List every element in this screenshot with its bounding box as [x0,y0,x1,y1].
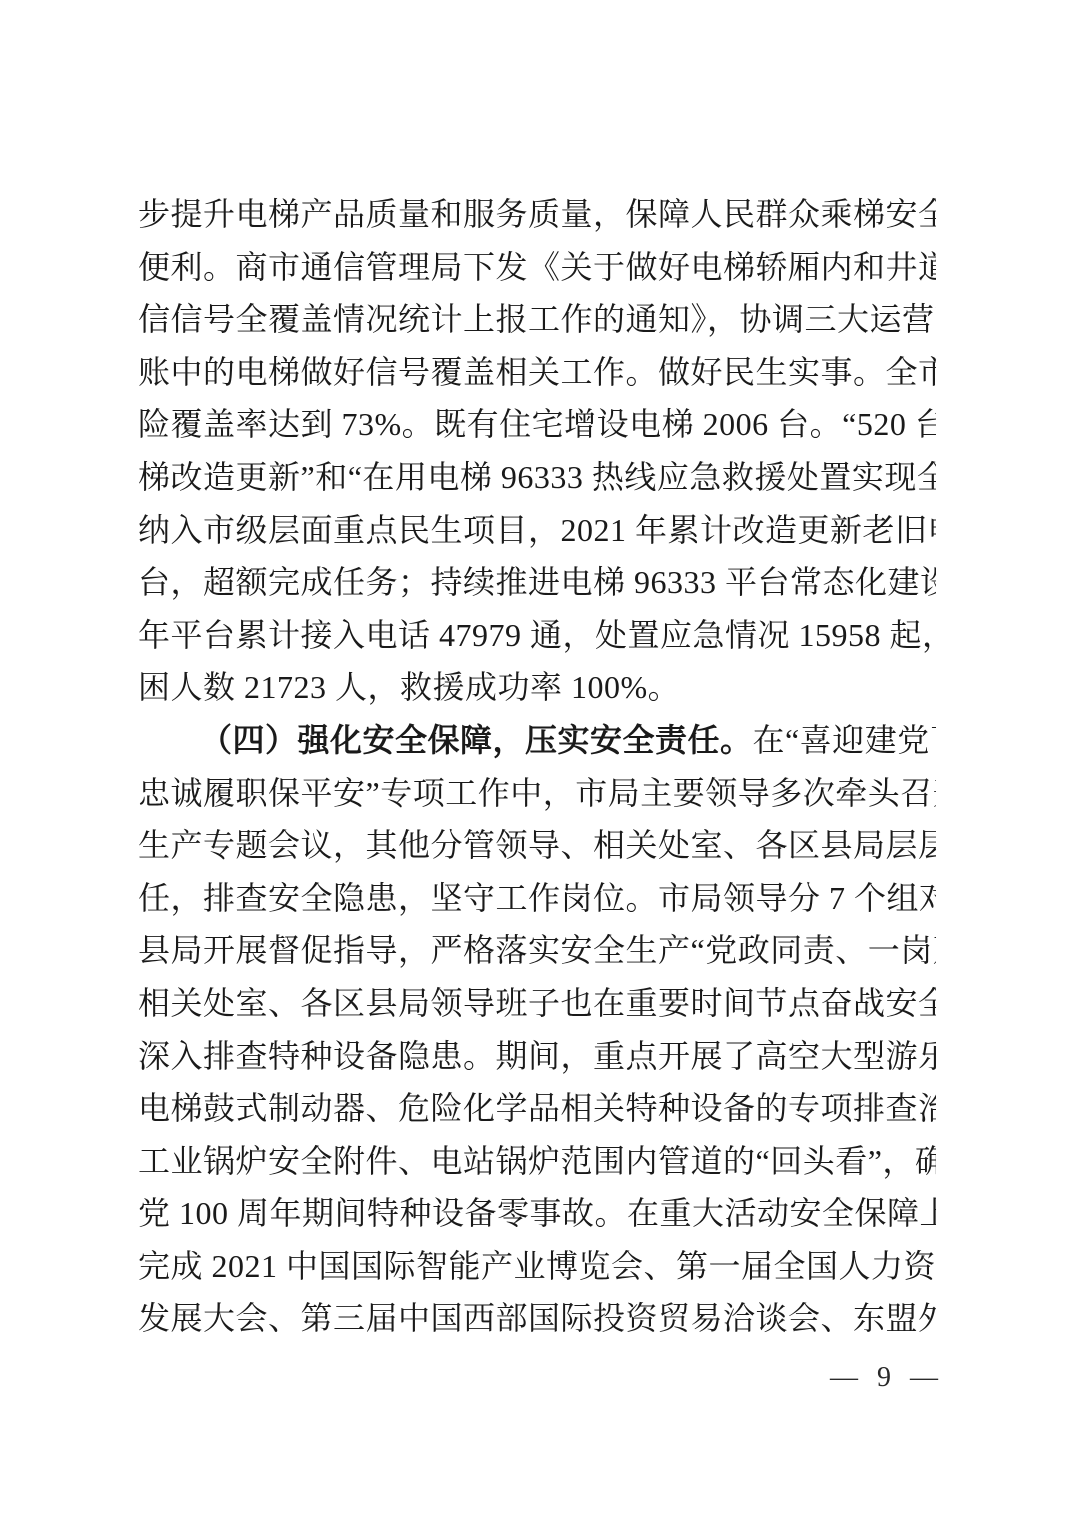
body-line: 便利。商市通信管理局下发《关于做好电梯轿厢内和井道移动通 [138,241,936,294]
body-line: 电梯鼓式制动器、危险化学品相关特种设备的专项排查治理以及 [138,1082,936,1135]
body-line: 梯改造更新”和“在用电梯 96333 热线应急救援处置实现全覆盖” [138,451,936,504]
body-line: 工业锅炉安全附件、电站锅炉范围内管道的“回头看”，确保了建 [138,1135,936,1188]
body-line: 台，超额完成任务；持续推进电梯 96333 平台常态化建设，2021 [138,556,936,609]
body-line: 发展大会、第三届中国西部国际投资贸易洽谈会、东盟外长会等 [138,1292,936,1345]
body-line: 年平台累计接入电话 47979 通，处置应急情况 15958 起，解救被 [138,609,936,662]
document-page: 步提升电梯产品质量和服务质量，保障人民群众乘梯安全和出行 便利。商市通信管理局下… [0,0,1074,1520]
body-line: 步提升电梯产品质量和服务质量，保障人民群众乘梯安全和出行 [138,188,936,241]
body-line: 县局开展督促指导，严格落实安全生产“党政同责、一岗双责”。 [138,924,936,977]
body-line: 任，排查安全隐患，坚守工作岗位。市局领导分 7 个组对全市区 [138,872,936,925]
section-heading-bold: （四）强化安全保障，压实安全责任。 [200,722,753,758]
body-line: 生产专题会议，其他分管领导、相关处室、各区县局层层压实责 [138,819,936,872]
body-line: 党 100 周年期间特种设备零事故。在重大活动安全保障上，圆满 [138,1187,936,1240]
body-line: 纳入市级层面重点民生项目，2021 年累计改造更新老旧电梯 880 [138,504,936,557]
body-line-paragraph-end: 困人数 21723 人，救援成功率 100%。 [138,661,936,714]
body-line: 账中的电梯做好信号覆盖相关工作。做好民生实事。全市电梯保 [138,346,936,399]
section-heading-line: （四）强化安全保障，压实安全责任。在“喜迎建党百周年、 [138,714,936,767]
body-line: 忠诚履职保平安”专项工作中，市局主要领导多次牵头召开安全 [138,767,936,820]
section-heading-rest: 在“喜迎建党百周年、 [753,722,936,758]
body-text-block: 步提升电梯产品质量和服务质量，保障人民群众乘梯安全和出行 便利。商市通信管理局下… [138,188,936,1345]
body-line: 相关处室、各区县局领导班子也在重要时间节点奋战安全一线， [138,977,936,1030]
body-line: 完成 2021 中国国际智能产业博览会、第一届全国人力资源服务业 [138,1240,936,1293]
body-line: 深入排查特种设备隐患。期间，重点开展了高空大型游乐设施、 [138,1030,936,1083]
body-line: 险覆盖率达到 73%。既有住宅增设电梯 2006 台。“520 台老旧电 [138,398,936,451]
page-number: — 9 — [812,1358,962,1398]
body-line: 信信号全覆盖情况统计上报工作的通知》，协调三大运营商针对台 [138,293,936,346]
